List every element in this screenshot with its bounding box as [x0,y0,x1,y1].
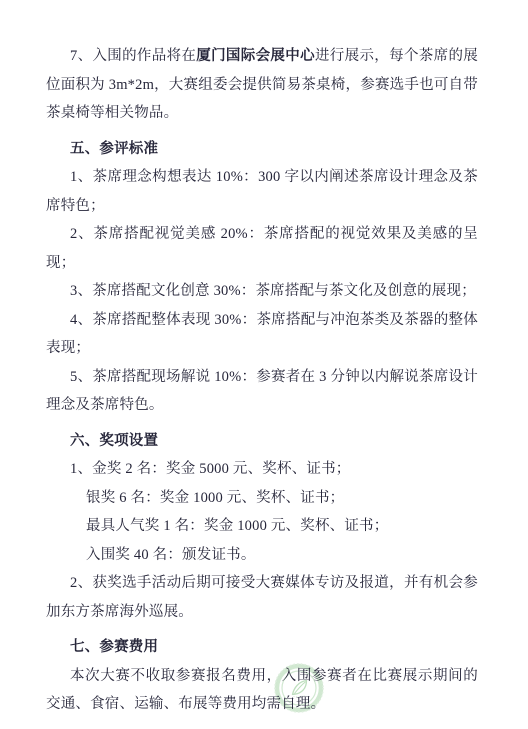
text-run: 7、入围的作品将在 [70,48,196,64]
text-run: 五、参评标准 [70,141,158,157]
text-run: 1、茶席理念构想表达 10%：300 字以内阐述茶席设计理念及茶席特色； [46,169,478,214]
bold-text-run: 厦门国际会展中心 [196,48,315,64]
paragraph: 入围奖 40 名：颁发证书。 [46,541,478,570]
paragraph: 5、茶席搭配现场解说 10%：参赛者在 3 分钟以内解说茶席设计理念及茶席特色。 [46,363,478,420]
text-run: 1、金奖 2 名：奖金 5000 元、奖杯、证书； [70,461,351,477]
section-heading: 六、奖项设置 [46,427,478,456]
paragraph: 1、茶席理念构想表达 10%：300 字以内阐述茶席设计理念及茶席特色； [46,163,478,220]
text-run: 七、参赛费用 [70,639,158,655]
text-run: 2、获奖选手活动后期可接受大赛媒体专访及报道，并有机会参加东方茶席海外巡展。 [46,575,478,620]
text-run: 入围奖 40 名：颁发证书。 [86,547,256,563]
document-page: 7、入围的作品将在厦门国际会展中心进行展示，每个茶席的展位面积为 3m*2m，大… [0,0,528,729]
paragraph: 7、入围的作品将在厦门国际会展中心进行展示，每个茶席的展位面积为 3m*2m，大… [46,42,478,128]
section-heading: 五、参评标准 [46,135,478,164]
paragraph: 银奖 6 名：奖金 1000 元、奖杯、证书； [46,484,478,513]
paragraph: 2、获奖选手活动后期可接受大赛媒体专访及报道，并有机会参加东方茶席海外巡展。 [46,569,478,626]
text-run: 2、茶席搭配视觉美感 20%：茶席搭配的视觉效果及美感的呈现； [46,226,478,271]
section-heading: 七、参赛费用 [46,633,478,662]
paragraph: 4、茶席搭配整体表现 30%：茶席搭配与冲泡茶类及茶器的整体表现； [46,306,478,363]
document-body: 7、入围的作品将在厦门国际会展中心进行展示，每个茶席的展位面积为 3m*2m，大… [46,42,478,719]
paragraph: 3、茶席搭配文化创意 30%：茶席搭配与茶文化及创意的展现； [46,277,478,306]
text-run: 最具人气奖 1 名：奖金 1000 元、奖杯、证书； [86,518,388,534]
text-run: 银奖 6 名：奖金 1000 元、奖杯、证书； [86,490,344,506]
text-run: 3、茶席搭配文化创意 30%：茶席搭配与茶文化及创意的展现； [70,283,476,299]
text-run: 本次大赛不收取参赛报名费用，入围参赛者在比赛展示期间的交通、食宿、运输、布展等费… [46,668,478,713]
paragraph: 最具人气奖 1 名：奖金 1000 元、奖杯、证书； [46,512,478,541]
text-run: 5、茶席搭配现场解说 10%：参赛者在 3 分钟以内解说茶席设计理念及茶席特色。 [46,369,478,414]
paragraph: 2、茶席搭配视觉美感 20%：茶席搭配的视觉效果及美感的呈现； [46,220,478,277]
paragraph: 1、金奖 2 名：奖金 5000 元、奖杯、证书； [46,455,478,484]
text-run: 六、奖项设置 [70,433,158,449]
text-run: 4、茶席搭配整体表现 30%：茶席搭配与冲泡茶类及茶器的整体表现； [46,312,478,357]
paragraph: 本次大赛不收取参赛报名费用，入围参赛者在比赛展示期间的交通、食宿、运输、布展等费… [46,662,478,719]
